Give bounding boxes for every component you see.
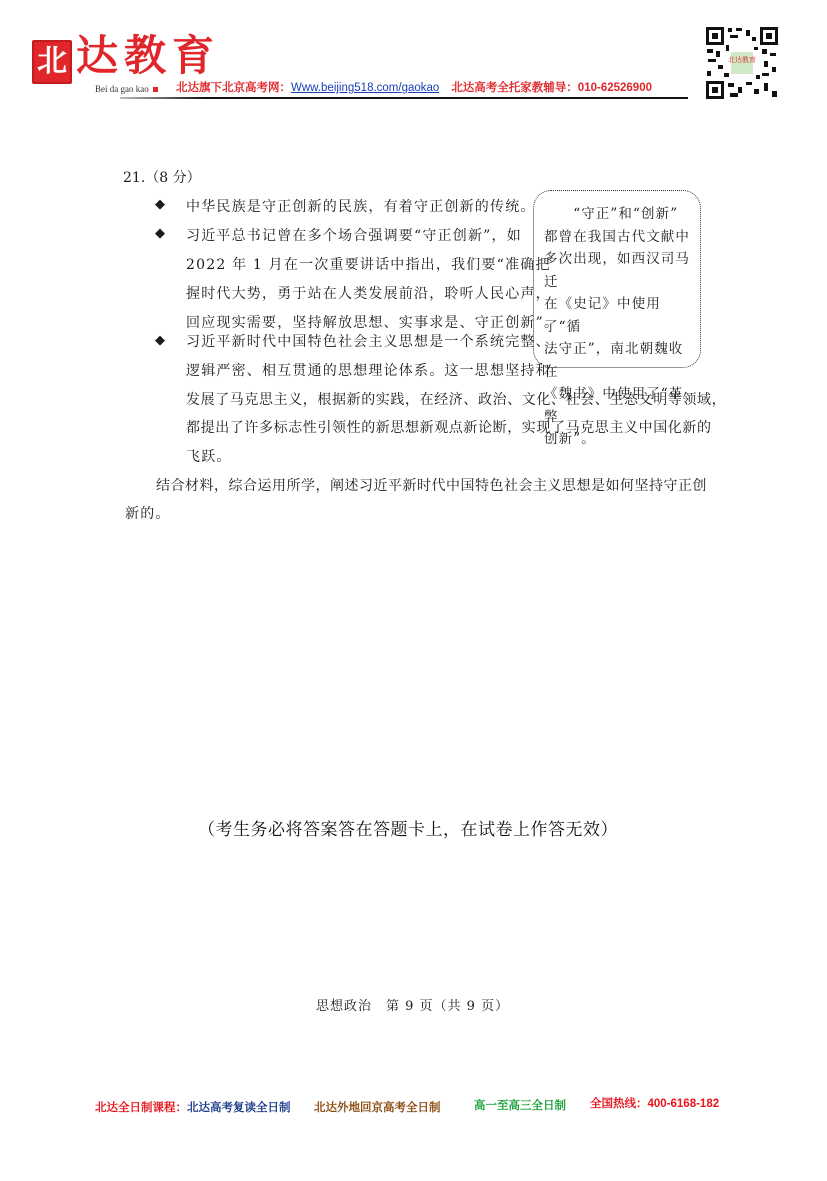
diamond-bullet-icon: ◆: [155, 197, 165, 212]
ad-courses-label: 北达全日制课程：: [95, 1102, 187, 1114]
qr-code-icon: 北达教育: [704, 25, 780, 101]
svg-text:北达教育: 北达教育: [728, 55, 756, 64]
header-info: 北达旗下北京高考网：Www.beijing518.com/gaokao北达高考全…: [176, 79, 652, 95]
material-line: 习近平新时代中国特色社会主义思想是一个系统完整、: [186, 331, 551, 351]
page-number: 思想政治 第 9 页（共 9 页）: [316, 995, 509, 1014]
diamond-bullet-icon: ◆: [155, 333, 165, 348]
logo-text: 达教育: [76, 30, 220, 82]
material-line: 习近平总书记曾在多个场合强调要“守正创新”，如: [186, 225, 522, 245]
sidebox-line: “守正”和“创新”: [544, 203, 692, 226]
sidebox-line: 法守正”，南北朝魏收在: [544, 338, 692, 383]
material-line: 握时代大势，勇于站在人类发展前沿，聆听人民心声，: [186, 283, 551, 303]
square-icon: [153, 87, 158, 92]
sidebox-line: 创新”。: [544, 428, 692, 451]
sidebox-line: 在《史记》中使用了“循: [544, 293, 692, 338]
sidebox-line: 《魏书》中使用了“革弊: [544, 383, 692, 428]
ad-highschool-course: 高一至高三全日制: [474, 1097, 566, 1113]
site-link[interactable]: Www.beijing518.com/gaokao: [291, 82, 439, 94]
material-line: 回应现实需要，坚持解放思想、实事求是、守正创新”。: [186, 312, 559, 332]
question-number: 21.（8 分）: [123, 167, 201, 187]
logo-badge: 北: [32, 40, 72, 84]
logo-subtitle-text: Bei da gao kao: [95, 84, 149, 94]
answer-notice: （考生务必将答案答在答题卡上，在试卷上作答无效）: [198, 815, 618, 840]
material-line: 逻辑严密、相互贯通的思想理论体系。这一思想坚持和: [186, 360, 551, 380]
sidebox-line: 多次出现，如西汉司马迁: [544, 248, 692, 293]
sidebox-line: 都曾在我国古代文献中: [544, 226, 692, 249]
logo-subtitle: Bei da gao kao: [95, 84, 158, 94]
question-prompt: 新的。: [125, 503, 171, 523]
header-divider: [120, 97, 688, 99]
site-label: 北达旗下北京高考网：: [176, 82, 291, 94]
note-sidebox: “守正”和“创新” 都曾在我国古代文献中 多次出现，如西汉司马迁 在《史记》中使…: [533, 190, 701, 368]
tutoring-label: 北达高考全托家教辅导：010-62526900: [451, 82, 652, 94]
diamond-bullet-icon: ◆: [155, 226, 165, 241]
ad-return-course: 北达外地回京高考全日制: [314, 1099, 441, 1115]
ad-hotline: 全国热线：400-6168-182: [590, 1095, 719, 1111]
question-prompt: 结合材料，综合运用所学，阐述习近平新时代中国特色社会主义思想是如何坚持守正创: [156, 475, 707, 495]
material-line: 飞跃。: [186, 446, 232, 466]
ad-repeat-course: 北达高考复读全日制: [187, 1102, 291, 1114]
footer-ad-label: 北达全日制课程：北达高考复读全日制: [95, 1099, 291, 1115]
material-line: 2022 年 1 月在一次重要讲话中指出，我们要“准确把: [186, 254, 551, 274]
material-line: 中华民族是守正创新的民族，有着守正创新的传统。: [186, 196, 536, 216]
